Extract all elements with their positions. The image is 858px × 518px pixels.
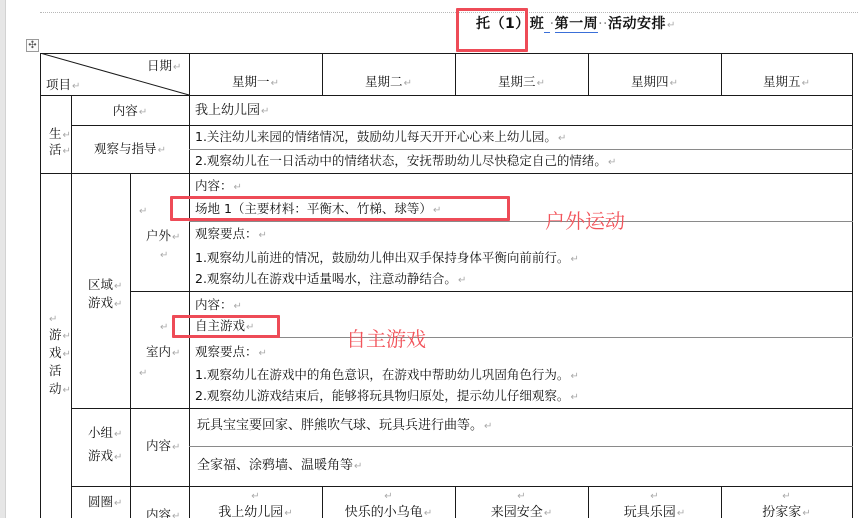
paragraph-mark-icon: ↵ xyxy=(139,204,147,220)
circle-day-content[interactable]: 扮家家↵ xyxy=(721,505,852,518)
circle-day-content[interactable]: 我上幼儿园↵ xyxy=(189,505,322,518)
header-item-label: 项目↵ xyxy=(46,77,80,95)
life-content-value[interactable]: 我上幼儿园↵ xyxy=(195,103,269,120)
row-divider-light xyxy=(189,337,853,338)
life-category-label: 活↵ xyxy=(49,142,71,160)
header-weekday: 星期一↵ xyxy=(189,74,322,92)
indoor-label: 室内↵ xyxy=(146,344,180,362)
page-left-margin xyxy=(0,0,6,518)
col-divider-subcategory xyxy=(130,173,131,518)
table-border-left xyxy=(40,53,41,518)
circle-day-content[interactable]: 来园安全↵ xyxy=(455,505,588,518)
header-weekday: 星期二↵ xyxy=(322,74,455,92)
col-divider-content xyxy=(189,53,190,518)
row-divider-life-bottom xyxy=(40,173,853,174)
area-game-label: 游戏↵ xyxy=(88,295,122,313)
circle-content-label: 内容↵ xyxy=(146,507,180,518)
group-game-row[interactable]: 全家福、涂鸦墙、温暖角等↵ xyxy=(197,458,362,475)
row-divider xyxy=(71,125,853,126)
game-category-label: 活 xyxy=(49,363,62,379)
annotation-box-outdoor xyxy=(170,196,510,221)
life-guidance-line[interactable]: 1.关注幼儿来园的情绪情况，鼓励幼儿每天开开心心来上幼儿园。↵ xyxy=(195,129,566,147)
annotation-box-title xyxy=(456,8,528,52)
circle-label: 圆圈↵ xyxy=(88,494,122,512)
row-divider-outdoor-bottom xyxy=(130,291,853,292)
area-game-label: 区域↵ xyxy=(88,277,122,295)
life-guidance-label: 观察与指导↵ xyxy=(71,141,189,159)
outdoor-content-heading: 内容：↵ xyxy=(195,178,242,196)
game-category-label: 戏↵ xyxy=(49,345,71,363)
circle-day-content[interactable]: 快乐的小乌龟↵ xyxy=(322,505,455,518)
header-weekday: 星期四↵ xyxy=(588,74,721,92)
annotation-indoor-label: 自主游戏 xyxy=(346,323,426,352)
title-activity: 活动安排 xyxy=(608,16,666,32)
group-game-label: 小组↵ xyxy=(88,425,122,443)
annotation-outdoor-label: 户外运动 xyxy=(545,205,625,234)
group-content-label: 内容↵ xyxy=(146,438,180,456)
indoor-points-heading: 观察要点：↵ xyxy=(195,344,267,362)
paragraph-mark-icon: ↵ xyxy=(588,489,721,505)
row-divider-indoor-bottom xyxy=(71,408,853,409)
paragraph-mark-icon: ↵ xyxy=(139,366,147,382)
outdoor-point[interactable]: 2.观察幼儿在游戏中适量喝水，注意动静结合。↵ xyxy=(195,271,466,289)
paragraph-mark-icon: ↵ xyxy=(667,20,676,31)
row-divider-light xyxy=(189,446,853,447)
header-guide-line xyxy=(40,12,858,13)
indoor-point[interactable]: 2.观察幼儿游戏结束后，能够将玩具物归原处，提示幼儿仔细观察。↵ xyxy=(195,388,579,406)
title-week: 第一周 xyxy=(555,16,599,33)
paragraph-mark-icon: ↵ xyxy=(49,312,57,328)
row-divider-group-bottom xyxy=(71,486,853,487)
paragraph-mark-icon: ↵ xyxy=(721,489,852,505)
row-divider-light xyxy=(189,221,853,222)
outdoor-point[interactable]: 1.观察幼儿前进的情况，鼓励幼儿伸出双手保持身体平衡向前前行。↵ xyxy=(195,250,579,268)
paragraph-mark-icon: ↵ xyxy=(322,489,455,505)
game-category-label: 动↵ xyxy=(49,381,71,399)
outdoor-label: 户外↵ xyxy=(146,228,180,246)
row-divider-light xyxy=(189,149,853,150)
paragraph-mark-icon: ↵ xyxy=(160,320,168,336)
circle-day-content[interactable]: 玩具乐园↵ xyxy=(588,505,721,518)
life-content-label: 内容↵ xyxy=(71,103,189,121)
annotation-box-indoor xyxy=(172,315,280,338)
paragraph-mark-icon: ↵ xyxy=(189,489,322,505)
indoor-point[interactable]: 1.观察幼儿在游戏中的角色意识，在游戏中帮助幼儿巩固角色行为。↵ xyxy=(195,367,579,385)
paragraph-mark-icon: ↵ xyxy=(160,248,168,264)
header-weekday: 星期五↵ xyxy=(721,74,852,92)
group-game-label: 游戏↵ xyxy=(88,448,122,466)
game-category-label: 游↵ xyxy=(49,327,71,345)
table-border-right xyxy=(852,53,853,518)
outdoor-points-heading: 观察要点：↵ xyxy=(195,226,267,244)
header-weekday: 星期三↵ xyxy=(455,74,588,92)
table-move-handle-icon[interactable]: ✣ xyxy=(26,39,39,52)
paragraph-mark-icon: ↵ xyxy=(455,489,588,505)
group-game-row[interactable]: 玩具宝宝要回家、胖熊吹气球、玩具兵进行曲等。↵ xyxy=(197,418,492,435)
header-date-label: 日期↵ xyxy=(147,58,181,76)
life-guidance-line[interactable]: 2.观察幼儿在一日活动中的情绪状态，安抚帮助幼儿尽快稳定自己的情绪。↵ xyxy=(195,153,616,171)
indoor-content-heading: 内容：↵ xyxy=(195,297,242,315)
